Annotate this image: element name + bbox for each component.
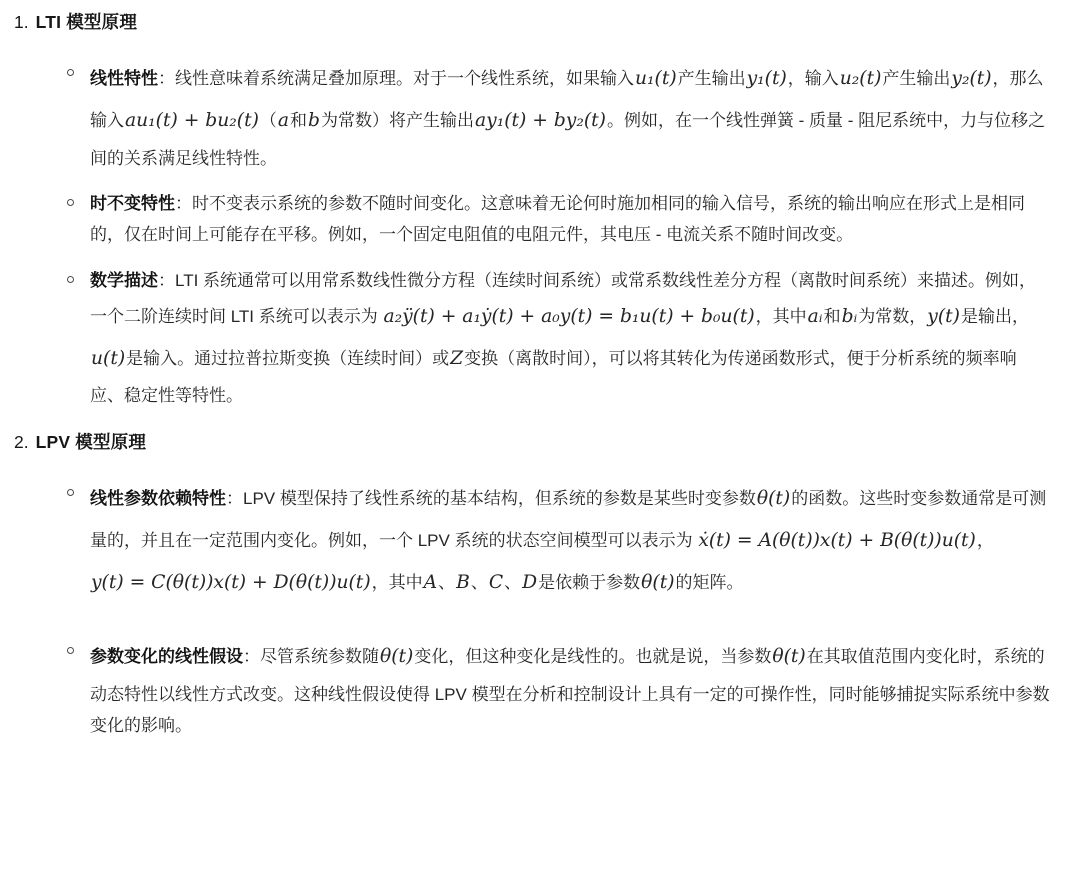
text-run: 、 bbox=[471, 573, 488, 592]
text-run: 产生输出 bbox=[678, 69, 746, 88]
inline-math: a bbox=[277, 110, 290, 131]
text-run: ：时不变表示系统的参数不随时间变化。这意味着无论何时施加相同的输入信号，系统的输… bbox=[90, 194, 1025, 244]
text-run: 产生输出 bbox=[882, 69, 950, 88]
inline-math: y(t) bbox=[926, 306, 961, 327]
text-run: 为常数）将产生输出 bbox=[321, 111, 474, 130]
inline-math: ẋ(t) = A(θ(t))x(t) + B(θ(t))u(t) bbox=[697, 530, 977, 551]
inline-math: θ(t) bbox=[640, 572, 675, 593]
sub-list: 线性特性：线性意味着系统满足叠加原理。对于一个线性系统，如果输入u₁(t)产生输… bbox=[14, 58, 1050, 412]
list-item: 线性特性：线性意味着系统满足叠加原理。对于一个线性系统，如果输入u₁(t)产生输… bbox=[90, 58, 1050, 174]
inline-math: y₂(t) bbox=[950, 68, 992, 89]
inline-math: θ(t) bbox=[771, 646, 806, 667]
ordered-list: 1.LTI 模型原理线性特性：线性意味着系统满足叠加原理。对于一个线性系统，如果… bbox=[14, 6, 1050, 741]
section: 1.LTI 模型原理线性特性：线性意味着系统满足叠加原理。对于一个线性系统，如果… bbox=[14, 6, 1050, 412]
list-item: 参数变化的线性假设：尽管系统参数随θ(t)变化，但这种变化是线性的。也就是说，当… bbox=[90, 636, 1050, 741]
inline-math: au₁(t) + bu₂(t) bbox=[124, 110, 260, 131]
circle-bullet-icon bbox=[67, 69, 74, 76]
inline-math: A bbox=[423, 572, 439, 593]
inline-math: y(t) = C(θ(t))x(t) + D(θ(t))u(t) bbox=[90, 572, 372, 593]
inline-math: u(t) bbox=[90, 348, 126, 369]
section-number: 1. bbox=[14, 12, 29, 32]
text-run: ，输入 bbox=[788, 69, 839, 88]
text-run: ：线性意味着系统满足叠加原理。对于一个线性系统，如果输入 bbox=[158, 69, 634, 88]
inline-math: D bbox=[521, 572, 538, 593]
inline-math: C bbox=[488, 572, 504, 593]
text-run: （ bbox=[260, 111, 277, 130]
inline-math: ay₁(t) + by₂(t) bbox=[474, 110, 607, 131]
inline-math: a₂ÿ(t) + a₁ẏ(t) + a₀y(t) = b₁u(t) + b₀u(… bbox=[382, 306, 755, 327]
inline-math: u₂(t) bbox=[839, 68, 883, 89]
circle-bullet-icon bbox=[67, 489, 74, 496]
inline-math: Z bbox=[449, 348, 464, 369]
section-number: 2. bbox=[14, 432, 29, 452]
inline-math: b bbox=[307, 110, 321, 131]
inline-math: u₁(t) bbox=[634, 68, 678, 89]
text-run: ，其中 bbox=[756, 307, 807, 326]
circle-bullet-icon bbox=[67, 647, 74, 654]
section-title: LTI 模型原理 bbox=[36, 12, 137, 32]
text-run: ：LPV 模型保持了线性系统的基本结构，但系统的参数是某些时变参数 bbox=[226, 489, 756, 508]
section: 2.LPV 模型原理线性参数依赖特性：LPV 模型保持了线性系统的基本结构，但系… bbox=[14, 426, 1050, 742]
text-run: ，其中 bbox=[372, 573, 423, 592]
text-run: ：尽管系统参数随 bbox=[243, 647, 379, 666]
term-bold: 参数变化的线性假设 bbox=[90, 647, 243, 666]
text-run: 的矩阵。 bbox=[676, 573, 744, 592]
circle-bullet-icon bbox=[67, 276, 74, 283]
text-run: 和 bbox=[290, 111, 307, 130]
document: 1.LTI 模型原理线性特性：线性意味着系统满足叠加原理。对于一个线性系统，如果… bbox=[0, 0, 1080, 741]
text-run: 为常数， bbox=[858, 307, 926, 326]
text-run: 是输入。通过拉普拉斯变换（连续时间）或 bbox=[126, 349, 449, 368]
list-item: 线性参数依赖特性：LPV 模型保持了线性系统的基本结构，但系统的参数是某些时变参… bbox=[90, 478, 1050, 604]
text-run: 、 bbox=[438, 573, 455, 592]
inline-math: θ(t) bbox=[379, 646, 414, 667]
term-bold: 数学描述 bbox=[90, 271, 158, 290]
section-heading: 2.LPV 模型原理 bbox=[14, 426, 1050, 458]
sub-list: 线性参数依赖特性：LPV 模型保持了线性系统的基本结构，但系统的参数是某些时变参… bbox=[14, 478, 1050, 741]
text-run: ， bbox=[977, 531, 994, 550]
inline-math: θ(t) bbox=[756, 488, 791, 509]
section-heading: 1.LTI 模型原理 bbox=[14, 6, 1050, 38]
section-title: LPV 模型原理 bbox=[36, 432, 147, 452]
term-bold: 线性参数依赖特性 bbox=[90, 489, 226, 508]
text-run: 和 bbox=[824, 307, 841, 326]
inline-math: B bbox=[455, 572, 471, 593]
term-bold: 线性特性 bbox=[90, 69, 158, 88]
list-item: 数学描述：LTI 系统通常可以用常系数线性微分方程（连续时间系统）或常系数线性差… bbox=[90, 265, 1050, 412]
inline-math: aᵢ bbox=[807, 306, 824, 327]
text-run: 是输出， bbox=[961, 307, 1029, 326]
circle-bullet-icon bbox=[67, 199, 74, 206]
term-bold: 时不变特性 bbox=[90, 194, 175, 213]
text-run: 是依赖于参数 bbox=[538, 573, 640, 592]
text-run: 、 bbox=[504, 573, 521, 592]
inline-math: y₁(t) bbox=[746, 68, 788, 89]
text-run: 变化，但这种变化是线性的。也就是说，当参数 bbox=[414, 647, 771, 666]
inline-math: bᵢ bbox=[841, 306, 859, 327]
list-item: 时不变特性：时不变表示系统的参数不随时间变化。这意味着无论何时施加相同的输入信号… bbox=[90, 188, 1050, 251]
